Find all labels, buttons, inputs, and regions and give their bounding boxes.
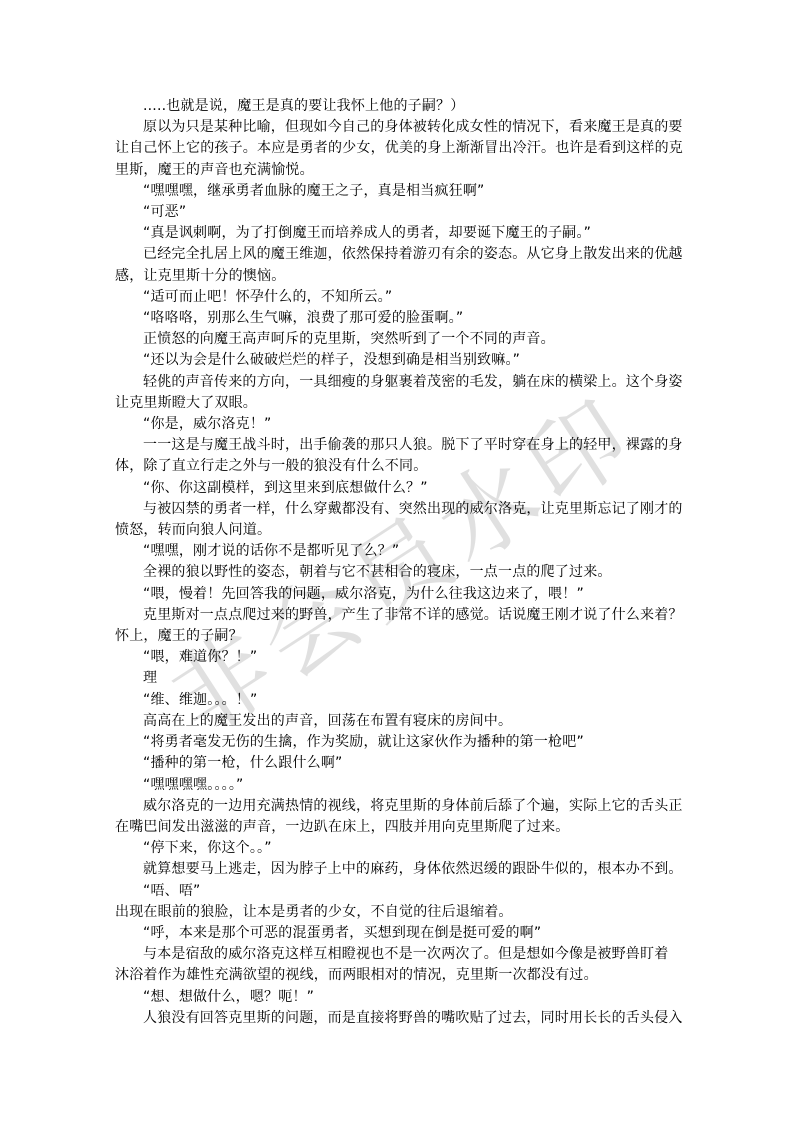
text-line: 与被囚禁的勇者一样，什么穿戴都没有、突然出现的威尔洛克，让克里斯忘记了刚才的 (115, 499, 693, 520)
text-line: “可恶” (115, 202, 693, 223)
text-line: “唔、唔” (115, 881, 693, 902)
text-line: 在嘴巴间发出滋滋的声音，一边趴在床上，四肢并用向克里斯爬了过来。 (115, 817, 693, 838)
text-line: “维、维迦。。。！” (115, 690, 693, 711)
text-line: “你是，威尔洛克！” (115, 414, 693, 435)
text-line: “还以为会是什么破破烂烂的样子，没想到确是相当别致嘛。” (115, 350, 693, 371)
text-line: “将勇者毫发无伤的生擒，作为奖励，就让这家伙作为播种的第一枪吧” (115, 732, 693, 753)
text-line: 原以为只是某种比喻，但现如今自己的身体被转化成女性的情况下，看来魔王是真的要 (115, 117, 693, 138)
text-line: 让自己怀上它的孩子。本应是勇者的少女，优美的身上渐渐冒出冷汗。也许是看到这样的克 (115, 138, 693, 159)
text-line: 高高在上的魔王发出的声音，回荡在布置有寝床的房间中。 (115, 711, 693, 732)
text-lines: .....也就是说，魔王是真的要让我怀上他的子嗣？）原以为只是某种比喻，但现如今… (115, 96, 693, 1029)
text-line: 就算想要马上逃走，因为脖子上中的麻药，身体依然迟缓的跟卧牛似的，根本办不到。 (115, 859, 693, 880)
text-line: 人狼没有回答克里斯的问题，而是直接将野兽的嘴吹贴了过去，同时用长长的舌头侵入 (115, 1008, 693, 1029)
text-line: 已经完全扎居上风的魔王维迦，依然保持着游刃有余的姿态。从它身上散发出来的优越 (115, 244, 693, 265)
text-line: “播种的第一枪，什么跟什么啊” (115, 753, 693, 774)
text-line: 全裸的狼以野性的姿态，朝着与它不甚相合的寝床，一点一点的爬了过来。 (115, 562, 693, 583)
text-line: “喂，慢着！先回答我的问题，威尔洛克，为什么往我这边来了，喂！” (115, 584, 693, 605)
text-line: 体，除了直立行走之外与一般的狼没有什么不同。 (115, 456, 693, 477)
text-line: 里斯，魔王的声音也充满愉悦。 (115, 160, 693, 181)
text-line: .....也就是说，魔王是真的要让我怀上他的子嗣？） (115, 96, 693, 117)
text-line: 沐浴着作为雄性充满欲望的视线，而两眼相对的情况，克里斯一次都没有过。 (115, 965, 693, 986)
text-line: “咯咯咯，别那么生气嘛，浪费了那可爱的脸蛋啊。” (115, 308, 693, 329)
text-line: 克里斯对一点点爬过来的野兽，产生了非常不详的感觉。话说魔王刚才说了什么来着？ (115, 605, 693, 626)
text-line: “喂，难道你？！” (115, 647, 693, 668)
text-line: “适可而止吧！怀孕什么的，不知所云。” (115, 287, 693, 308)
text-line: “呼，本来是那个可恶的混蛋勇者，买想到现在倒是挺可爱的啊” (115, 923, 693, 944)
text-line: “嘿嘿嘿嘿。。。。” (115, 775, 693, 796)
text-line: 威尔洛克的一边用充满热情的视线，将克里斯的身体前后舔了个遍，实际上它的舌头正 (115, 796, 693, 817)
text-line: “想、想做什么，嗯？呃！” (115, 987, 693, 1008)
text-line: “你、你这副模样，到这里来到底想做什么？” (115, 478, 693, 499)
text-line: 怀上，魔王的子嗣？ (115, 626, 693, 647)
text-line: 正愤怒的向魔王高声呵斥的克里斯，突然听到了一个不同的声音。 (115, 329, 693, 350)
text-line: “真是讽刺啊，为了打倒魔王而培养成人的勇者，却要诞下魔王的子嗣。” (115, 223, 693, 244)
text-line: 轻佻的声音传来的方向，一具细瘦的身躯裹着茂密的毛发，躺在床的横梁上。这个身姿 (115, 372, 693, 393)
text-line: 让克里斯瞪大了双眼。 (115, 393, 693, 414)
text-line: 愤怒，转而向狼人问道。 (115, 520, 693, 541)
text-line: “停下来，你这个。。” (115, 838, 693, 859)
text-line: “嘿嘿嘿，继承勇者血脉的魔王之子，真是相当疯狂啊” (115, 181, 693, 202)
text-line: 理 (115, 668, 693, 689)
document-page: 非会员水印 .....也就是说，魔王是真的要让我怀上他的子嗣？）原以为只是某种比… (0, 0, 793, 1122)
text-line: 感，让克里斯十分的懊恼。 (115, 266, 693, 287)
text-line: 出现在眼前的狼脸，让本是勇者的少女，不自觉的往后退缩着。 (115, 902, 693, 923)
text-line: “嘿嘿，刚才说的话你不是都听见了么？” (115, 541, 693, 562)
text-line: 与本是宿敌的威尔洛克这样互相瞪视也不是一次两次了。但是想如今像是被野兽盯着 (115, 944, 693, 965)
text-line: 一一这是与魔王战斗时，出手偷袭的那只人狼。脱下了平时穿在身上的轻甲，裸露的身 (115, 435, 693, 456)
